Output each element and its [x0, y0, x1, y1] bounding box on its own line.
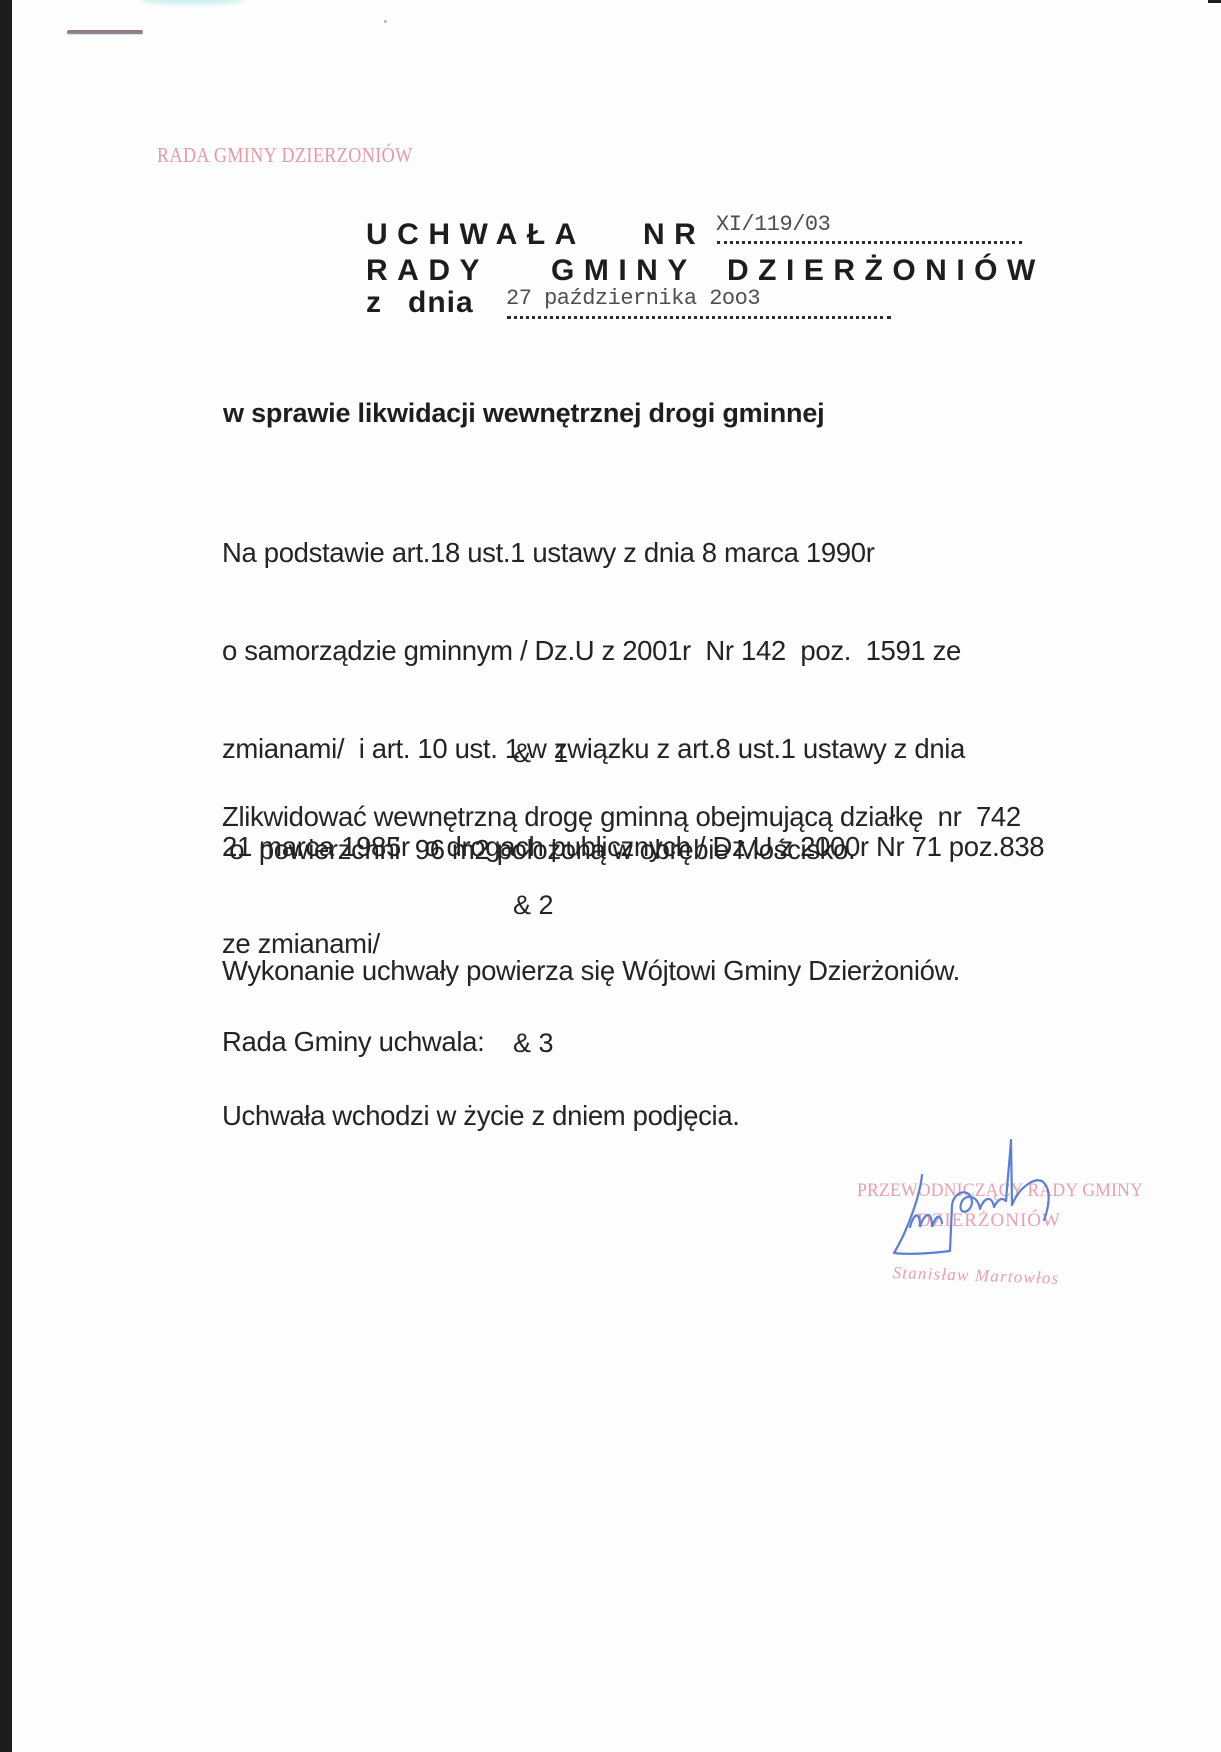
scan-smudge	[140, 0, 245, 4]
preamble-line: zmianami/ i art. 10 ust. 1 w związku z a…	[222, 733, 1044, 766]
section-1-heading: & 1	[513, 738, 569, 769]
council-stamp-header: RADA GMINY DZIERZONIÓW	[157, 143, 413, 168]
date-label-dnia: dnia	[408, 286, 474, 319]
title-gminy: GMINY	[551, 256, 697, 286]
scan-speck	[384, 20, 387, 23]
section-2-text: Wykonanie uchwały powierza się Wójtowi G…	[222, 955, 960, 988]
title-nr-label: NR	[643, 220, 705, 250]
preamble-line: Rada Gminy uchwala:	[222, 1026, 1044, 1059]
date-label-z: z	[366, 286, 382, 319]
title-uchwala: UCHWAŁA	[366, 220, 586, 250]
date-dotted-line	[507, 316, 891, 319]
title-date-label: zdnia	[366, 288, 474, 318]
handwritten-signature-icon	[880, 1135, 1080, 1270]
resolution-subject: w sprawie likwidacji wewnętrznej drogi g…	[223, 398, 824, 428]
resolution-date: 27 października 2oo3	[506, 286, 760, 311]
scan-border-left	[0, 0, 12, 1752]
title-dzierzoniow: DZIERŻONIÓW	[727, 256, 1045, 286]
number-dotted-line	[717, 241, 1022, 244]
section-2-heading: & 2	[513, 890, 554, 921]
scan-border-corner	[1208, 0, 1221, 3]
resolution-number: XI/119/03	[716, 212, 830, 237]
section-3-heading: & 3	[513, 1028, 554, 1059]
scanned-document-page: RADA GMINY DZIERZONIÓW UCHWAŁA NR XI/119…	[0, 0, 1221, 1752]
legal-basis-preamble: Na podstawie art.18 ust.1 ustawy z dnia …	[222, 472, 1044, 1124]
preamble-line: o samorządzie gminnym / Dz.U z 2001r Nr …	[222, 635, 1044, 668]
hole-punch-mark	[67, 30, 143, 34]
title-rady: RADY	[366, 256, 489, 286]
preamble-line: Na podstawie art.18 ust.1 ustawy z dnia …	[222, 537, 1044, 570]
section-1-text: Zlikwidować wewnętrzną drogę gminną obej…	[222, 801, 1021, 866]
section-3-text: Uchwała wchodzi w życie z dniem podjęcia…	[222, 1100, 740, 1133]
